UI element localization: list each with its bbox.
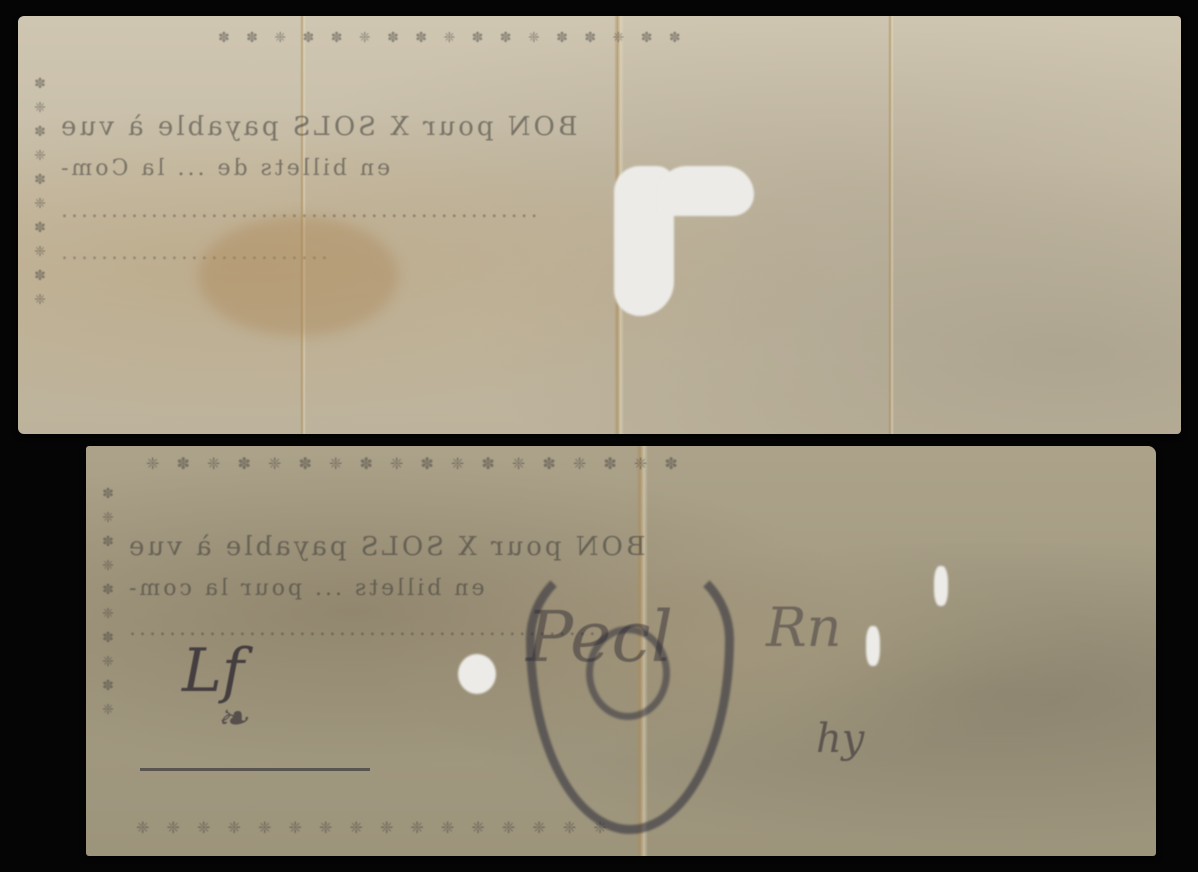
bleed-through-text: BON pour X SOLS payable à vue	[58, 112, 577, 142]
bleed-through-text: BON pour X SOLS payable à vue	[126, 532, 645, 562]
ornamental-border: ✽❈✽❈✽❈✽❈✽❈	[32, 76, 48, 396]
fold-crease	[888, 16, 894, 434]
white-spot	[458, 654, 496, 694]
banknote-bottom: ❈ ✽ ❈ ✽ ❈ ✽ ❈ ✽ ❈ ✽ ❈ ✽ ❈ ✽ ❈ ✽ ❈ ✽ ❈ ❈ …	[86, 446, 1156, 856]
white-spot	[934, 566, 948, 606]
handwriting: Rn	[766, 596, 841, 659]
white-spot	[866, 626, 880, 666]
repair-patch	[658, 166, 754, 216]
ornamental-border: ❈ ✽ ❈ ✽ ❈ ✽ ❈ ✽ ❈ ✽ ❈ ✽ ❈ ✽ ❈ ✽ ❈ ✽	[146, 454, 684, 473]
oval-stamp-inner	[586, 626, 670, 720]
ornamental-border: ✽❈✽❈✽❈✽❈✽❈	[100, 486, 116, 826]
stain	[198, 216, 398, 336]
banknote-top: ✽ ✽ ❈ ✽ ✽ ❈ ✽ ✽ ❈ ✽ ✽ ❈ ✽ ✽ ❈ ✽ ✽ ✽❈✽❈✽❈…	[18, 16, 1181, 434]
printed-signature: ❧	[216, 696, 248, 740]
ornamental-border: ❈ ❈ ❈ ❈ ❈ ❈ ❈ ❈ ❈ ❈ ❈ ❈ ❈ ❈ ❈ ❈	[136, 818, 613, 837]
ornamental-line	[140, 768, 370, 771]
ornamental-border: ✽ ✽ ❈ ✽ ✽ ❈ ✽ ✽ ❈ ✽ ✽ ❈ ✽ ✽ ❈ ✽ ✽	[218, 30, 687, 46]
handwriting: hy	[816, 716, 864, 762]
bleed-through-text: en billets de ... la Com-	[58, 156, 390, 181]
bleed-through-text: en billets ... pour la com-	[126, 576, 485, 601]
